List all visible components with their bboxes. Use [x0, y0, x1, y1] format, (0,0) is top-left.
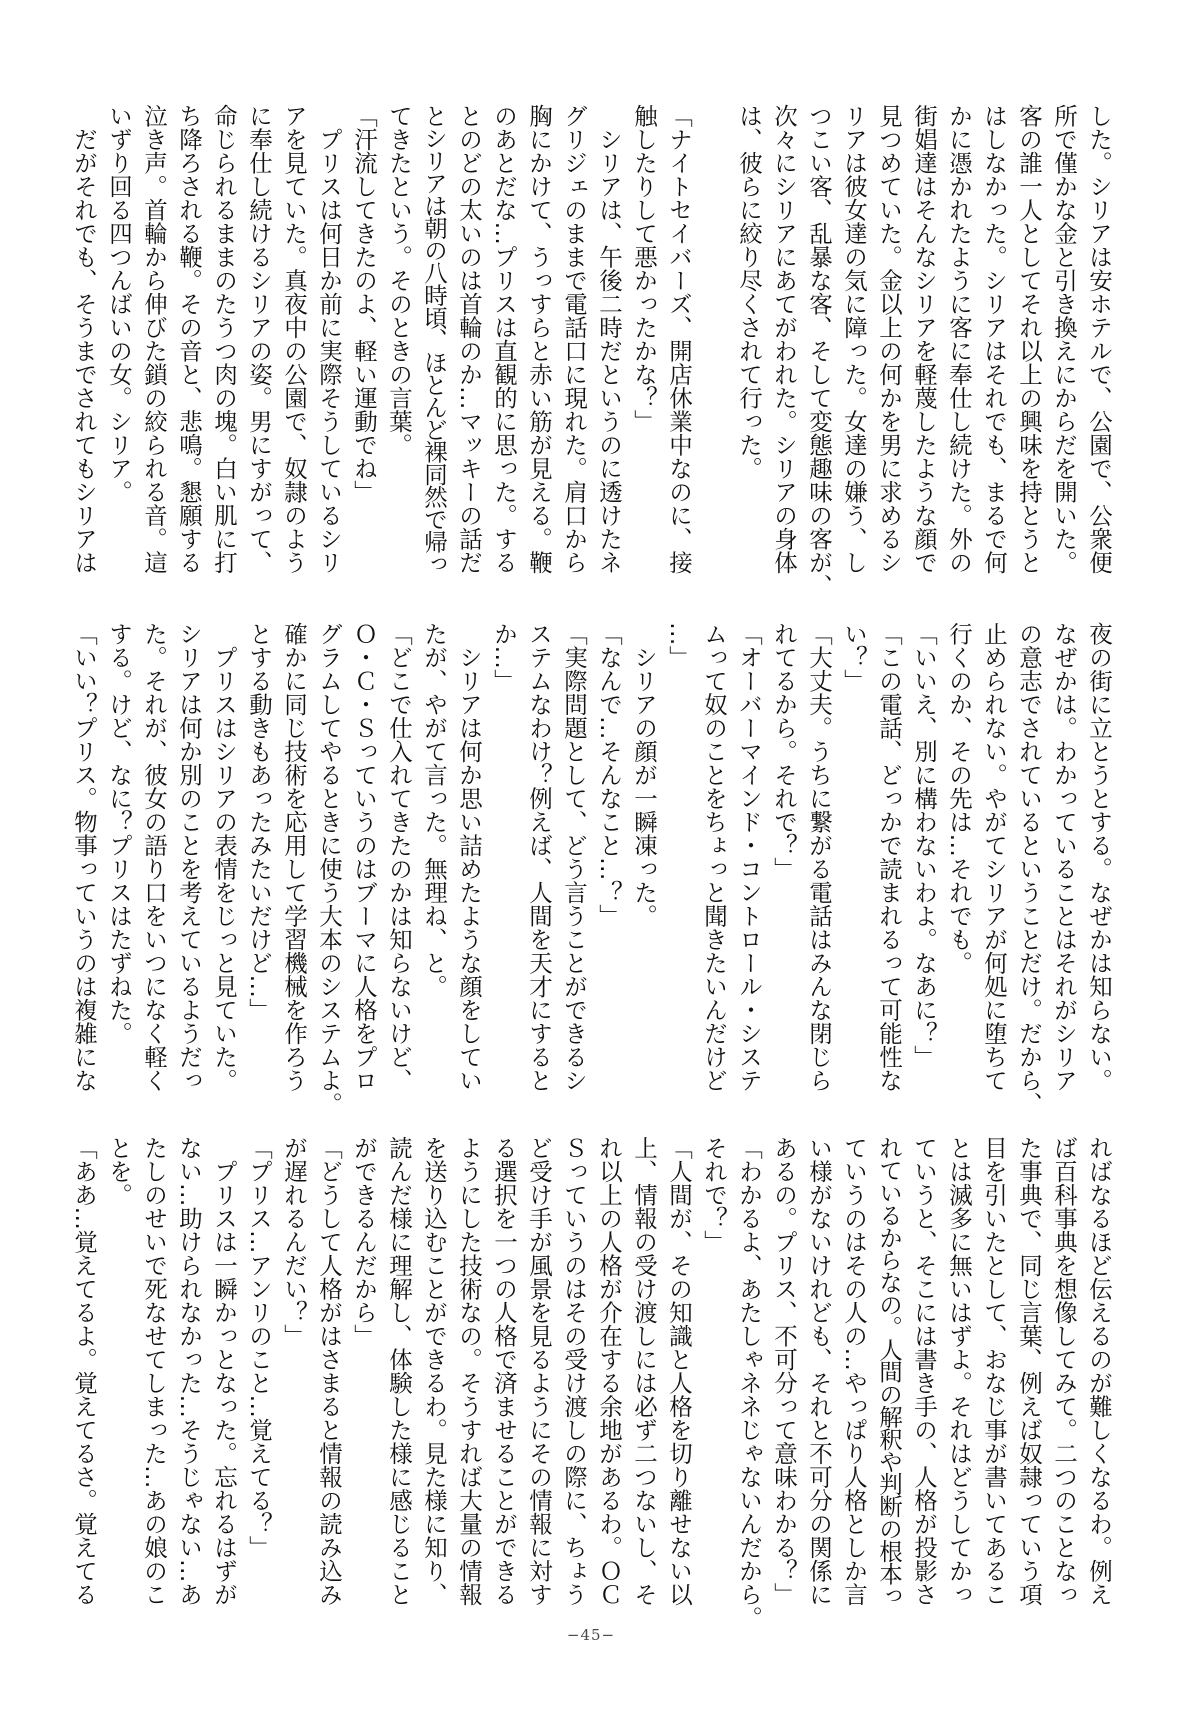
text-column: 行くのか、その先は…それでも。: [941, 622, 976, 1092]
text-column: なぜかは。わかっていることはそれがシリア: [1046, 622, 1081, 1092]
text-column: 命じられるままのたうつ肉の塊。白い肌に打: [206, 104, 241, 574]
text-column: 目を引いたとして、おなじ事が書いてあるこ: [976, 1136, 1011, 1606]
text-column: とを。: [101, 1136, 136, 1606]
text-column: 触したりして悪かったかな？」: [626, 104, 661, 574]
text-column: 「プリス…アンリのこと…覚えてる？」: [241, 1136, 276, 1606]
text-column: いずり回る四つんばいの女。シリア。: [101, 104, 136, 574]
text-column: 上、情報の受け渡しには必ず二つないし、そ: [626, 1136, 661, 1606]
text-column: 「どうして人格がはさまると情報の読み込み: [311, 1136, 346, 1606]
text-column: だがそれでも、そうまでされてもシリアは: [66, 104, 101, 574]
text-column: れているからなの。人間の解釈や判断の根本っ: [871, 1136, 906, 1606]
page-number: −45−: [541, 1626, 641, 1644]
text-column: プリスは一瞬かっとなった。忘れるはずが: [206, 1136, 241, 1606]
text-column: 「いい？プリス。物事っていうのは複雑にな: [66, 622, 101, 1092]
text-column: ていうと、そこには書き手の、人格が投影さ: [906, 1136, 941, 1606]
text-column: ようにした技術なの。そうすれば大量の情報: [451, 1136, 486, 1606]
text-column: 「ナイトセイバーズ、開店休業中なのに、接: [661, 104, 696, 574]
text-column: シリアの顔が一瞬凍った。: [626, 622, 661, 1092]
text-column: 次々にシリアにあてがわれた。シリアの身体: [766, 104, 801, 574]
text-column: とのどの太いのは首輪のか…マッキーの話だ: [451, 104, 486, 574]
text-column: とシリアは朝の八時頃、ほとんど裸同然で帰っ: [416, 104, 451, 574]
text-column: の意志でされているということだけ。だから、: [1011, 622, 1046, 1092]
text-column: 所で僅かな金と引き換えにからだを開いた。: [1046, 104, 1081, 574]
text-column: 確かに同じ技術を応用して学習機械を作ろう: [276, 622, 311, 1092]
text-column: グラムしてやるときに使う大本のシステムよ。: [311, 622, 346, 1092]
text-column: 「汗流してきたのよ、軽い運動でね」: [346, 104, 381, 574]
text-column: Ｓっていうのはその受け渡しの際に、ちょう: [556, 1136, 591, 1606]
text-column: とは滅多に無いはずよ。それはどうしてかっ: [941, 1136, 976, 1606]
text-column: い様がないけれども、それと不可分の関係に: [801, 1136, 836, 1606]
text-column: グリジェのままで電話口に現れた。肩口から: [556, 104, 591, 574]
text-column: アを見ていた。真夜中の公園で、奴隷のよう: [276, 104, 311, 574]
text-column: ができるんだから」: [346, 1136, 381, 1606]
text-tier-bottom: ればなるほど伝えるのが難しくなるわ。例え ば百科事典を想像してみて。二つのことな…: [66, 1136, 1116, 1606]
text-column: を送り込むことができるわ。見た様に知り、: [416, 1136, 451, 1606]
text-column: かに憑かれたように客に奉仕し続けた。外の: [941, 104, 976, 574]
text-column: 街娼達はそんなシリアを軽蔑したような顔で: [906, 104, 941, 574]
text-column: 「人間が、その知識と人格を切り離せない以: [661, 1136, 696, 1606]
text-column: それで？」: [696, 1136, 731, 1606]
text-tier-top: した。シリアは安ホテルで、公園で、公衆便 所で僅かな金と引き換えにからだを開いた…: [66, 104, 1116, 574]
text-column: 見つめていた。金以上の何かを男に求めるシ: [871, 104, 906, 574]
text-column: に奉仕し続けるシリアの姿。男にすがって、: [241, 104, 276, 574]
text-column: プリスは何日か前に実際そうしているシリ: [311, 104, 346, 574]
book-page: した。シリアは安ホテルで、公園で、公衆便 所で僅かな金と引き換えにからだを開いた…: [0, 0, 1200, 1735]
text-column: ていうのはその人の…やっぱり人格としか言: [836, 1136, 871, 1606]
text-column: れ以上の人格が介在する余地があるわ。ＯＣ: [591, 1136, 626, 1606]
text-column: 「どこで仕入れてきたのかは知らないけど、: [381, 622, 416, 1092]
text-column: 「大丈夫。うちに繋がる電話はみんな閉じら: [801, 622, 836, 1092]
text-column: たしのせいで死なせてしまった…あの娘のこ: [136, 1136, 171, 1606]
text-column: が遅れるんだい？」: [276, 1136, 311, 1606]
text-column: …」: [661, 622, 696, 1092]
text-column: つこい客、乱暴な客、そして変態趣味の客が、: [801, 104, 836, 574]
text-column: る選択を一つの人格で済ませることができる: [486, 1136, 521, 1606]
text-column: ど受け手が風景を見るようにその情報に対す: [521, 1136, 556, 1606]
text-column: た事典で、同じ言葉、例えば奴隷っていう項: [1011, 1136, 1046, 1606]
text-column: Ｏ・Ｃ・Ｓっていうのはブーマに人格をプロ: [346, 622, 381, 1092]
text-column: する。けど、なに？プリスはたずねた。: [101, 622, 136, 1092]
text-column: ち降ろされる鞭。その音と、悲鳴。懇願する: [171, 104, 206, 574]
text-column: 「オーバーマインド・コントロール・システ: [731, 622, 766, 1092]
text-column: ステムなわけ？例えば、人間を天才にすると: [521, 622, 556, 1092]
text-column: 「わかるよ、あたしゃネネじゃないんだから。: [731, 1136, 766, 1606]
text-column: た。それが、彼女の語り口をいつになく軽く: [136, 622, 171, 1092]
text-column: ればなるほど伝えるのが難しくなるわ。例え: [1081, 1136, 1116, 1606]
text-column: した。シリアは安ホテルで、公園で、公衆便: [1081, 104, 1116, 574]
text-column: か…」: [486, 622, 521, 1092]
text-column: 止められない。やがてシリアが何処に堕ちて: [976, 622, 1011, 1092]
text-column: ムって奴のことをちょっと聞きたいんだけど: [696, 622, 731, 1092]
text-column: あるの。プリス、不可分って意味わかる？」: [766, 1136, 801, 1606]
text-column: 客の誰一人としてそれ以上の興味を持とうと: [1011, 104, 1046, 574]
text-tier-middle: 夜の街に立とうとする。なぜかは知らない。 なぜかは。わかっていることはそれがシリ…: [66, 622, 1116, 1092]
text-column: プリスはシリアの表情をじっと見ていた。: [206, 622, 241, 1092]
text-column: れてるから。それで？」: [766, 622, 801, 1092]
text-column: シリアは、午後二時だというのに透けたネ: [591, 104, 626, 574]
text-column: のあとだな…プリスは直観的に思った。する: [486, 104, 521, 574]
text-column: リアは彼女達の気に障った。女達の嫌う、し: [836, 104, 871, 574]
text-column: てきたという。そのときの言葉。: [381, 104, 416, 574]
text-column: 「なんで…そんなこと…？」: [591, 622, 626, 1092]
text-column: 「この電話、どっかで読まれるって可能性な: [871, 622, 906, 1092]
blank-column: [696, 104, 731, 574]
text-column: 泣き声。首輪から伸びた鎖の絞られる音。這: [136, 104, 171, 574]
text-column: ない…助けられなかった…そうじゃない…あ: [171, 1136, 206, 1606]
text-column: 胸にかけて、うっすらと赤い筋が見える。鞭: [521, 104, 556, 574]
text-column: 夜の街に立とうとする。なぜかは知らない。: [1081, 622, 1116, 1092]
text-column: はしなかった。シリアはそれでも、まるで何: [976, 104, 1011, 574]
text-column: たが、やがて言った。無理ね、と。: [416, 622, 451, 1092]
text-column: 「ああ…覚えてるよ。覚えてるさ。覚えてる: [66, 1136, 101, 1606]
text-column: 読んだ様に理解し、体験した様に感じること: [381, 1136, 416, 1606]
text-column: 「いいえ、別に構わないわよ。なあに？」: [906, 622, 941, 1092]
text-column: ば百科事典を想像してみて。二つのことなっ: [1046, 1136, 1081, 1606]
text-column: シリアは何か別のことを考えているようだっ: [171, 622, 206, 1092]
text-column: シリアは何か思い詰めたような顔をしてい: [451, 622, 486, 1092]
text-column: い？」: [836, 622, 871, 1092]
text-column: 「実際問題として、どう言うことができるシ: [556, 622, 591, 1092]
text-column: は、彼らに絞り尽くされて行った。: [731, 104, 766, 574]
text-column: とする動きもあったみたいだけど…」: [241, 622, 276, 1092]
